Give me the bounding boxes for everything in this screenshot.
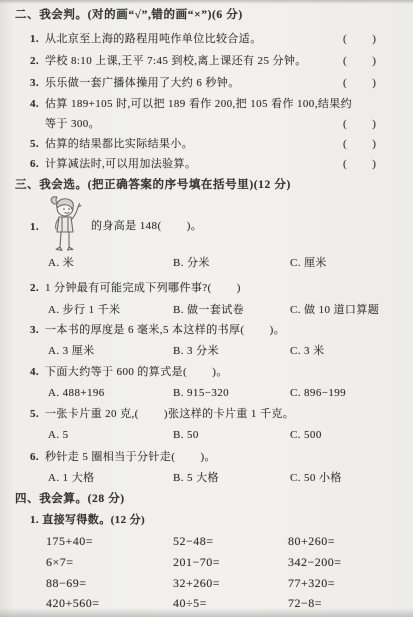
calc-expr-r4c2[interactable]: 40÷5= xyxy=(173,596,207,610)
calc-expr-r4c3[interactable]: 72−8= xyxy=(288,596,322,610)
choice-q1-option-b[interactable]: B. 分米 xyxy=(173,256,210,270)
choice-q6-option-b[interactable]: B. 5 大格 xyxy=(173,471,219,485)
choice-q5-number: 5. xyxy=(30,407,39,421)
choice-q3-text: 一本书的厚度是 6 毫米,5 本这样的书厚( )。 xyxy=(45,323,285,337)
choice-q2-option-c[interactable]: C. 做 10 道口算题 xyxy=(290,303,379,317)
calc-expr-r1c3[interactable]: 80+260= xyxy=(288,534,335,548)
choice-q5-option-b[interactable]: B. 50 xyxy=(173,428,199,442)
choice-q2-number: 2. xyxy=(30,281,39,295)
judge-q4-text-line2: 等于 300。 xyxy=(45,117,100,131)
judge-q2-answer-brackets[interactable]: ( ) xyxy=(343,54,376,68)
calc-expr-r3c1[interactable]: 88−69= xyxy=(46,576,87,590)
judge-q3-answer-brackets[interactable]: ( ) xyxy=(343,76,376,90)
choice-q5-text: 一张卡片重 20 克,( )张这样的卡片重 1 千克。 xyxy=(45,407,294,421)
calc-expr-r3c2[interactable]: 32+260= xyxy=(173,576,220,590)
judge-q1-answer-brackets[interactable]: ( ) xyxy=(343,32,376,46)
choice-q4-option-c[interactable]: C. 896−199 xyxy=(290,386,346,400)
choice-q4-text: 下面大约等于 600 的算式是( )。 xyxy=(45,365,228,379)
calc-sub-header: 1. 直接写得数。(12 分) xyxy=(30,513,145,527)
choice-q5-option-a[interactable]: A. 5 xyxy=(48,428,69,442)
calc-expr-r1c1[interactable]: 175+40= xyxy=(46,534,93,548)
judge-q6-text: 计算减法时,可以用加法验算。 xyxy=(45,157,196,171)
judge-q6-number: 6. xyxy=(30,157,39,171)
calc-expr-r1c2[interactable]: 52−48= xyxy=(173,534,214,548)
judge-q5-number: 5. xyxy=(30,137,39,151)
choice-q4-number: 4. xyxy=(30,365,39,379)
choice-q3-number: 3. xyxy=(30,323,39,337)
choice-q2-text: 1 分钟最有可能完成下列哪件事?( ) xyxy=(45,281,241,295)
calc-expr-r3c3[interactable]: 77+320= xyxy=(288,576,335,590)
choice-q6-number: 6. xyxy=(30,450,39,464)
calc-expr-r4c1[interactable]: 420+560= xyxy=(46,596,100,610)
calc-expr-r2c3[interactable]: 342−200= xyxy=(288,555,342,569)
choice-q1-option-a[interactable]: A. 米 xyxy=(48,256,74,270)
choice-q3-option-a[interactable]: A. 3 厘米 xyxy=(48,344,95,358)
choice-q1-number: 1. xyxy=(30,220,39,234)
test-paper-page: { "judge_section": { "header": "二、我会判。(对… xyxy=(0,0,413,617)
choice-q6-text: 秒针走 5 圈相当于分针走( )。 xyxy=(45,450,216,464)
judge-q5-answer-brackets[interactable]: ( ) xyxy=(343,137,376,151)
judge-q2-number: 2. xyxy=(30,54,39,68)
judge-q4-number: 4. xyxy=(30,97,39,111)
choice-q4-option-a[interactable]: A. 488+196 xyxy=(48,386,105,400)
judge-q6-answer-brackets[interactable]: ( ) xyxy=(343,157,376,171)
judge-q1-text: 从北京至上海的路程用吨作单位比较合适。 xyxy=(45,32,262,46)
judge-q4-answer-brackets[interactable]: ( ) xyxy=(343,117,376,131)
choice-q1-text: 的身高是 148( )。 xyxy=(91,219,202,233)
judge-q3-text: 乐乐做一套广播体操用了大约 6 秒钟。 xyxy=(45,76,240,90)
judge-q5-text: 估算的结果都比实际结果小。 xyxy=(45,137,193,151)
choice-section-header: 三、我会选。(把正确答案的序号填在括号里)(12 分) xyxy=(15,178,291,192)
calc-section-header: 四、我会算。(28 分) xyxy=(15,492,125,506)
choice-q2-option-b[interactable]: B. 做一套试卷 xyxy=(173,303,244,317)
judge-section-header: 二、我会判。(对的画“√”,错的画“×”)(6 分) xyxy=(15,8,243,22)
choice-q6-option-a[interactable]: A. 1 大格 xyxy=(48,471,95,485)
judge-q3-number: 3. xyxy=(30,76,39,90)
choice-q1-option-c[interactable]: C. 厘米 xyxy=(290,256,327,270)
judge-q4-text-line1: 估算 189+105 时,可以把 189 看作 200,把 105 看作 100… xyxy=(45,97,352,111)
choice-q6-option-c[interactable]: C. 50 小格 xyxy=(290,471,342,485)
calc-expr-r2c2[interactable]: 201−70= xyxy=(173,555,220,569)
choice-q5-option-c[interactable]: C. 500 xyxy=(290,428,322,442)
choice-q3-option-c[interactable]: C. 3 米 xyxy=(290,344,325,358)
girl-cartoon-icon xyxy=(44,195,88,258)
judge-q1-number: 1. xyxy=(30,32,39,46)
choice-q4-option-b[interactable]: B. 915−320 xyxy=(173,386,229,400)
judge-q2-text: 学校 8:10 上课,王平 7:45 到校,离上课还有 25 分钟。 xyxy=(45,54,307,68)
calc-expr-r2c1[interactable]: 6×7= xyxy=(46,555,74,569)
choice-q3-option-b[interactable]: B. 3 分米 xyxy=(173,344,219,358)
choice-q2-option-a[interactable]: A. 步行 1 千米 xyxy=(48,303,120,317)
